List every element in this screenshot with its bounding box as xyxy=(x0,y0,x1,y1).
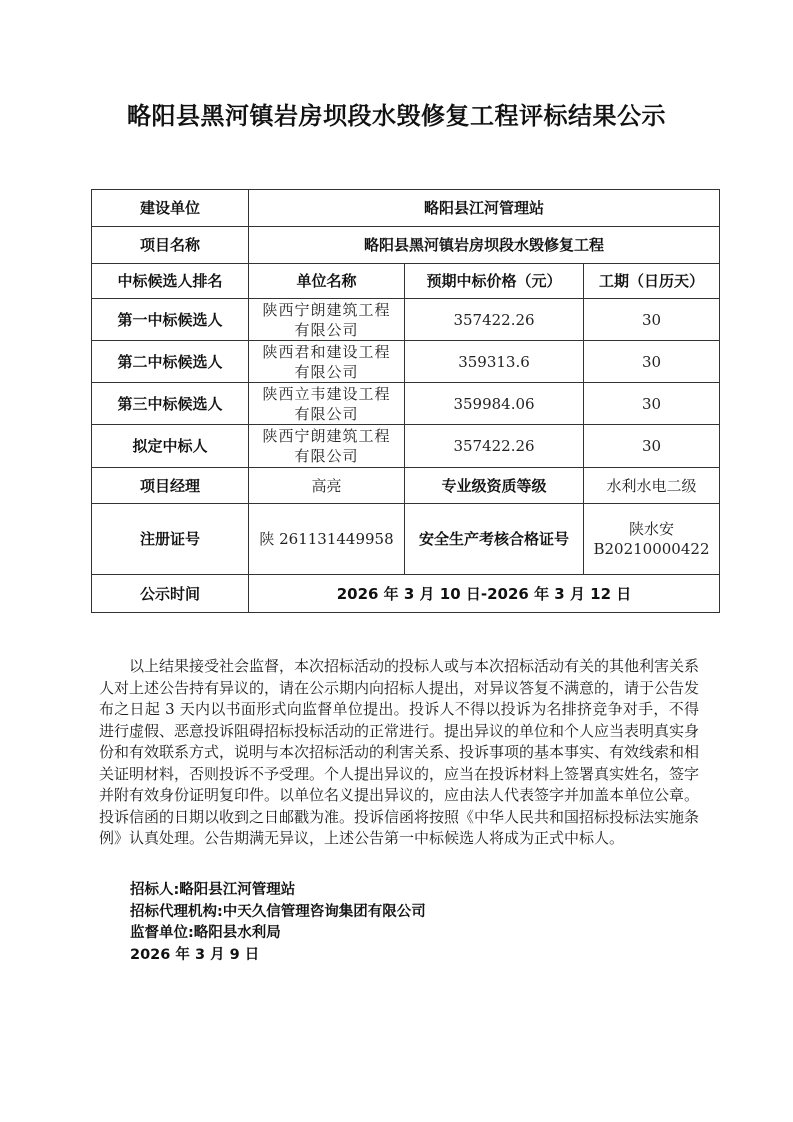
project-name-value: 略阳县黑河镇岩房坝段水毁修复工程 xyxy=(249,227,720,264)
candidate-rank: 拟定中标人 xyxy=(92,425,249,468)
signature-block: 招标人:略阳县江河管理站 招标代理机构:中天久信管理咨询集团有限公司 监督单位:… xyxy=(130,880,426,966)
candidate-price: 357422.26 xyxy=(405,299,584,341)
candidate-rank: 第二中标候选人 xyxy=(92,341,249,383)
candidate-company: 陕西立韦建设工程 有限公司 xyxy=(249,383,405,425)
candidate-price: 357422.26 xyxy=(405,425,584,468)
publicity-period-value: 2026 年 3 月 10 日-2026 年 3 月 12 日 xyxy=(249,575,720,613)
safety-cert-line-1: 陕水安 xyxy=(586,519,717,539)
tenderer-line: 招标人:略阳县江河管理站 xyxy=(130,880,426,902)
candidate-duration: 30 xyxy=(584,383,720,425)
candidate-rank: 第三中标候选人 xyxy=(92,383,249,425)
construction-unit-label: 建设单位 xyxy=(92,190,249,227)
candidate-price: 359984.06 xyxy=(405,383,584,425)
header-rank: 中标候选人排名 xyxy=(92,264,249,299)
table-row: 第一中标候选人 陕西宁朗建筑工程 有限公司 357422.26 30 xyxy=(92,299,720,341)
project-manager-value: 高亮 xyxy=(249,468,405,504)
page-title: 略阳县黑河镇岩房坝段水毁修复工程评标结果公示 xyxy=(0,96,793,131)
header-company: 单位名称 xyxy=(249,264,405,299)
table-row: 拟定中标人 陕西宁朗建筑工程 有限公司 357422.26 30 xyxy=(92,425,720,468)
row-construction-unit: 建设单位 略阳县江河管理站 xyxy=(92,190,720,227)
safety-cert-label: 安全生产考核合格证号 xyxy=(405,504,584,575)
candidate-duration: 30 xyxy=(584,425,720,468)
company-line-1: 陕西君和建设工程 xyxy=(251,342,402,362)
row-registration: 注册证号 陕 261131449958 安全生产考核合格证号 陕水安 B2021… xyxy=(92,504,720,575)
candidate-company: 陕西宁朗建筑工程 有限公司 xyxy=(249,425,405,468)
candidate-rank: 第一中标候选人 xyxy=(92,299,249,341)
row-project-name: 项目名称 略阳县黑河镇岩房坝段水毁修复工程 xyxy=(92,227,720,264)
company-line-1: 陕西宁朗建筑工程 xyxy=(251,300,402,320)
header-price: 预期中标价格（元） xyxy=(405,264,584,299)
notice-paragraph: 以上结果接受社会监督，本次招标活动的投标人或与本次招标活动有关的其他利害关系人对… xyxy=(99,656,699,850)
qualification-value: 水利水电二级 xyxy=(584,468,720,504)
safety-cert-line-2: B20210000422 xyxy=(586,539,717,559)
qualification-label: 专业级资质等级 xyxy=(405,468,584,504)
agency-line: 招标代理机构:中天久信管理咨询集团有限公司 xyxy=(130,902,426,924)
company-line-2: 有限公司 xyxy=(251,404,402,424)
signature-date: 2026 年 3 月 9 日 xyxy=(130,945,426,967)
publicity-period-label: 公示时间 xyxy=(92,575,249,613)
project-manager-label: 项目经理 xyxy=(92,468,249,504)
candidate-price: 359313.6 xyxy=(405,341,584,383)
candidate-company: 陕西君和建设工程 有限公司 xyxy=(249,341,405,383)
company-line-2: 有限公司 xyxy=(251,446,402,466)
company-line-2: 有限公司 xyxy=(251,320,402,340)
registration-label: 注册证号 xyxy=(92,504,249,575)
row-header: 中标候选人排名 单位名称 预期中标价格（元） 工期（日历天） xyxy=(92,264,720,299)
company-line-1: 陕西宁朗建筑工程 xyxy=(251,426,402,446)
company-line-1: 陕西立韦建设工程 xyxy=(251,384,402,404)
candidate-duration: 30 xyxy=(584,341,720,383)
candidate-company: 陕西宁朗建筑工程 有限公司 xyxy=(249,299,405,341)
project-name-label: 项目名称 xyxy=(92,227,249,264)
header-duration: 工期（日历天） xyxy=(584,264,720,299)
table-row: 第三中标候选人 陕西立韦建设工程 有限公司 359984.06 30 xyxy=(92,383,720,425)
supervisor-line: 监督单位:略阳县水利局 xyxy=(130,923,426,945)
table-row: 第二中标候选人 陕西君和建设工程 有限公司 359313.6 30 xyxy=(92,341,720,383)
company-line-2: 有限公司 xyxy=(251,362,402,382)
bid-result-table: 建设单位 略阳县江河管理站 项目名称 略阳县黑河镇岩房坝段水毁修复工程 中标候选… xyxy=(91,189,720,613)
safety-cert-value: 陕水安 B20210000422 xyxy=(584,504,720,575)
candidate-duration: 30 xyxy=(584,299,720,341)
construction-unit-value: 略阳县江河管理站 xyxy=(249,190,720,227)
registration-value: 陕 261131449958 xyxy=(249,504,405,575)
row-project-manager: 项目经理 高亮 专业级资质等级 水利水电二级 xyxy=(92,468,720,504)
row-publicity-period: 公示时间 2026 年 3 月 10 日-2026 年 3 月 12 日 xyxy=(92,575,720,613)
